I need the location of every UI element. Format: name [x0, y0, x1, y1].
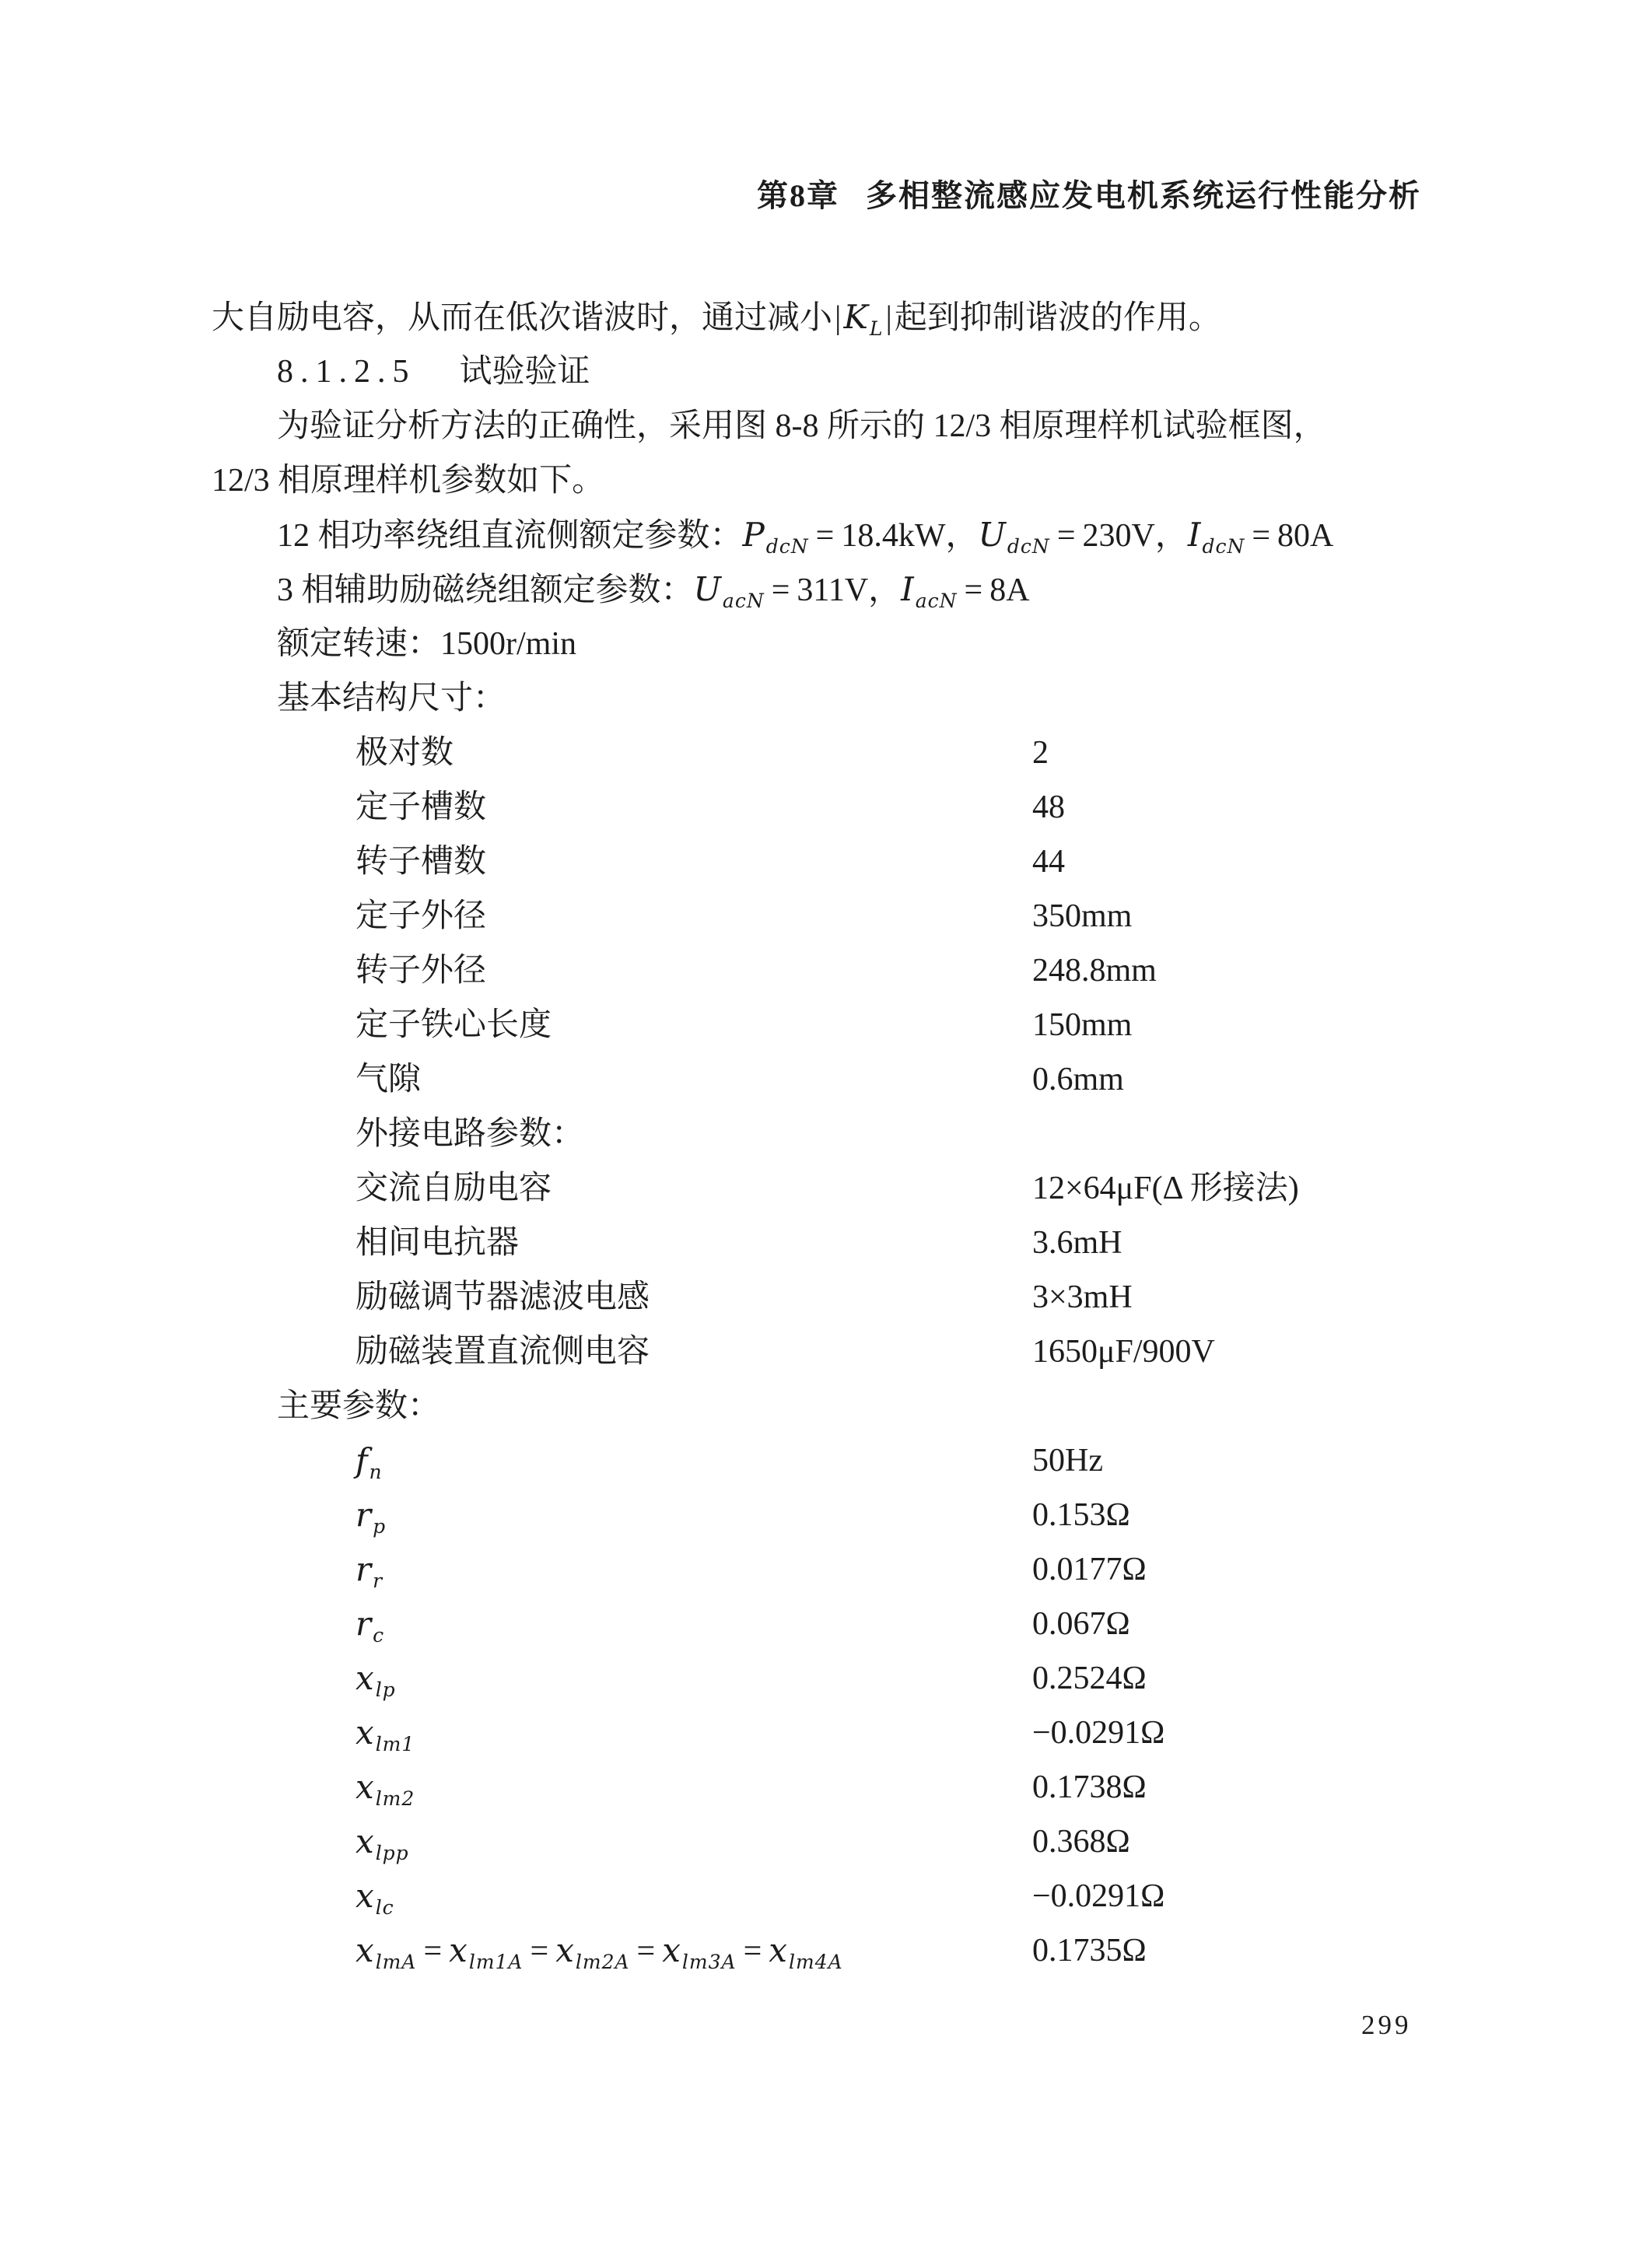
math-variable: rc	[355, 1607, 384, 1643]
spec-row: 气隙0.6mm	[212, 1052, 1433, 1107]
param-symbol: xlm2	[355, 1770, 415, 1806]
math-variable: fn	[355, 1444, 383, 1479]
spec-row: 励磁调节器滤波电感3×3mH	[212, 1270, 1433, 1325]
intro-line: 大自励电容，从而在低次谐波时，通过减小|KL|起到抑制谐波的作用。	[212, 290, 1433, 345]
spec-row: 极对数2	[212, 726, 1433, 780]
param-value: 50Hz	[1032, 1433, 1103, 1488]
rated-ac-line: 3 相辅助励磁绕组额定参数：UacN=311V，IacN=8A	[212, 562, 1433, 617]
book-page: 第8章多相整流感应发电机系统运行性能分析 大自励电容，从而在低次谐波时，通过减小…	[0, 0, 1625, 2268]
spec-value: 0.6mm	[1032, 1052, 1124, 1107]
paragraph-line-2: 12/3 相原理样机参数如下。	[212, 453, 1433, 508]
spec-value: 44	[1032, 835, 1065, 889]
spec-label: 定子槽数	[355, 789, 486, 825]
param-row: rp0.153Ω	[212, 1488, 1433, 1542]
equals-sign: =	[524, 1934, 556, 1969]
spec-value: 2	[1032, 726, 1049, 780]
section-heading: 8.1.2.5试验验证	[212, 345, 1433, 399]
param-value: 0.1735Ω	[1032, 1923, 1147, 1978]
spec-label: 定子外径	[355, 898, 486, 934]
text-run: 12 相功率绕组直流侧额定参数：	[277, 518, 743, 554]
spec-row: 转子外径248.8mm	[212, 943, 1433, 998]
param-symbol: xlmA=xlm1A=xlm2A=xlm3A=xlm4A	[355, 1934, 843, 1969]
spec-value: 1650μF/900V	[1032, 1325, 1215, 1379]
chapter-title: 多相整流感应发电机系统运行性能分析	[866, 178, 1421, 213]
spec-value: 350mm	[1032, 889, 1132, 943]
param-symbol: fn	[355, 1444, 383, 1479]
spec-value: 48	[1032, 780, 1065, 835]
text-run: 18.4kW，	[841, 518, 978, 554]
dimensions-heading: 基本结构尺寸：	[212, 671, 1433, 726]
text-run: 311V，	[797, 572, 901, 608]
param-value: 0.0177Ω	[1032, 1542, 1147, 1597]
text-run: 起到抑制谐波的作用。	[895, 300, 1221, 336]
equals-sign: =	[416, 1934, 449, 1969]
math-variable: xlmA	[355, 1934, 416, 1969]
equals-sign: =	[958, 572, 990, 608]
paragraph-line-1: 为验证分析方法的正确性，采用图 8-8 所示的 12/3 相原理样机试验框图，	[212, 399, 1433, 453]
math-variable: xlm4A	[769, 1934, 842, 1969]
equals-sign: =	[630, 1934, 663, 1969]
spec-row: 定子铁心长度150mm	[212, 998, 1433, 1052]
page-body: 大自励电容，从而在低次谐波时，通过减小|KL|起到抑制谐波的作用。 8.1.2.…	[212, 290, 1433, 1978]
spec-value: 3.6mH	[1032, 1216, 1122, 1270]
param-symbol: rc	[355, 1607, 384, 1643]
param-value: 0.067Ω	[1032, 1597, 1130, 1651]
param-value: 0.153Ω	[1032, 1488, 1130, 1542]
math-variable: IdcN	[1188, 518, 1245, 554]
spec-label: 转子槽数	[355, 844, 486, 880]
spec-label: 气隙	[355, 1062, 421, 1097]
spec-row: 交流自励电容12×64μF(Δ 形接法)	[212, 1161, 1433, 1216]
param-row: rr0.0177Ω	[212, 1542, 1433, 1597]
math-variable: UacN	[694, 572, 765, 608]
spec-label: 定子铁心长度	[355, 1007, 552, 1043]
text-run: 8A	[989, 572, 1029, 608]
section-number: 8.1.2.5	[277, 354, 416, 390]
running-header: 第8章多相整流感应发电机系统运行性能分析	[757, 171, 1421, 215]
math-variable: rr	[355, 1552, 383, 1588]
spec-label: 相间电抗器	[355, 1225, 519, 1261]
equals-sign: =	[1245, 518, 1277, 554]
param-row: rc0.067Ω	[212, 1597, 1433, 1651]
spec-label: 转子外径	[355, 953, 486, 989]
math-variable: xlm1A	[449, 1934, 523, 1969]
equals-sign: =	[1050, 518, 1083, 554]
spec-value: 248.8mm	[1032, 943, 1157, 998]
spec-label: 励磁调节器滤波电感	[355, 1279, 650, 1315]
param-row: xlc−0.0291Ω	[212, 1869, 1433, 1923]
math-variable: xlpp	[355, 1825, 409, 1860]
math-variable: IacN	[901, 572, 957, 608]
param-row: fn50Hz	[212, 1433, 1433, 1488]
section-title: 试验验证	[460, 354, 590, 390]
param-value: 0.2524Ω	[1032, 1651, 1147, 1706]
spec-row: 相间电抗器3.6mH	[212, 1216, 1433, 1270]
param-symbol: xlp	[355, 1661, 396, 1697]
param-symbol: rr	[355, 1552, 383, 1588]
spec-value: 3×3mH	[1032, 1270, 1133, 1325]
param-row: xlm20.1738Ω	[212, 1760, 1433, 1815]
text-run: 大自励电容，从而在低次谐波时，通过减小	[212, 300, 832, 336]
param-symbol: xlpp	[355, 1825, 409, 1860]
rated-dc-line: 12 相功率绕组直流侧额定参数：PdcN=18.4kW，UdcN=230V，Id…	[212, 508, 1433, 562]
math-variable: PdcN	[743, 518, 809, 554]
param-value: −0.0291Ω	[1032, 1706, 1164, 1760]
absolute-value-bar: |	[883, 300, 894, 336]
page-number: 299	[1361, 2010, 1412, 2041]
math-variable: xlm2A	[555, 1934, 629, 1969]
param-symbol: rp	[355, 1498, 386, 1534]
spec-value: 150mm	[1032, 998, 1132, 1052]
param-value: −0.0291Ω	[1032, 1869, 1164, 1923]
math-variable: xlp	[355, 1661, 396, 1697]
math-variable: xlm3A	[662, 1934, 736, 1969]
dimensions-list: 极对数2定子槽数48转子槽数44定子外径350mm转子外径248.8mm定子铁心…	[212, 726, 1433, 1379]
param-value: 0.368Ω	[1032, 1815, 1130, 1869]
param-value: 0.1738Ω	[1032, 1760, 1147, 1815]
spec-label: 交流自励电容	[355, 1171, 552, 1206]
param-symbol: xlc	[355, 1879, 394, 1915]
text-run: 80A	[1277, 518, 1333, 554]
math-variable: xlc	[355, 1879, 394, 1915]
param-row: xlm1−0.0291Ω	[212, 1706, 1433, 1760]
equals-sign: =	[809, 518, 842, 554]
params-list: fn50Hzrp0.153Ωrr0.0177Ωrc0.067Ωxlp0.2524…	[212, 1433, 1433, 1978]
math-variable: rp	[355, 1498, 386, 1534]
text-run: 3 相辅助励磁绕组额定参数：	[277, 572, 694, 608]
equals-sign: =	[765, 572, 797, 608]
math-variable: UdcN	[979, 518, 1050, 554]
param-row: xlpp0.368Ω	[212, 1815, 1433, 1869]
spec-row: 外接电路参数：	[212, 1107, 1433, 1161]
spec-row: 定子外径350mm	[212, 889, 1433, 943]
param-row: xlp0.2524Ω	[212, 1651, 1433, 1706]
spec-row: 励磁装置直流侧电容1650μF/900V	[212, 1325, 1433, 1379]
spec-label: 励磁装置直流侧电容	[355, 1334, 650, 1370]
spec-label: 极对数	[355, 735, 454, 771]
spec-value: 12×64μF(Δ 形接法)	[1032, 1161, 1299, 1216]
spec-label: 外接电路参数：	[355, 1116, 584, 1152]
math-variable: KL	[843, 300, 883, 336]
math-variable: xlm1	[355, 1716, 415, 1752]
chapter-number: 第8章	[757, 178, 839, 213]
text-run: 230V，	[1083, 518, 1188, 554]
math-variable: xlm2	[355, 1770, 415, 1806]
param-symbol: xlm1	[355, 1716, 415, 1752]
param-row: xlmA=xlm1A=xlm2A=xlm3A=xlm4A0.1735Ω	[212, 1923, 1433, 1978]
equals-sign: =	[737, 1934, 769, 1969]
spec-row: 转子槽数44	[212, 835, 1433, 889]
params-heading: 主要参数：	[212, 1379, 1433, 1433]
absolute-value-bar: |	[832, 300, 843, 336]
spec-row: 定子槽数48	[212, 780, 1433, 835]
rated-speed-line: 额定转速：1500r/min	[212, 617, 1433, 671]
